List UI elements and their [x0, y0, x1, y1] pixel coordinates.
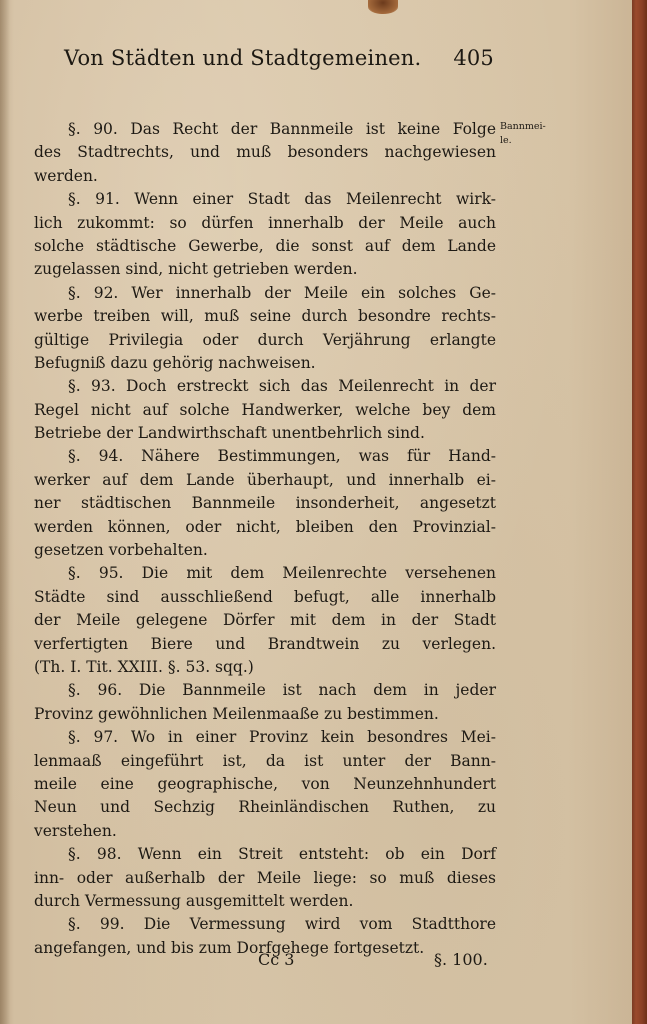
text-line: §. 94. Nähere Bestimmungen, was für Hand…	[34, 445, 496, 468]
text-line: lich zukommt: so dürfen innerhalb der Me…	[34, 212, 496, 235]
text-line: §. 95. Die mit dem Meilenrechte versehen…	[34, 562, 496, 585]
text-line: §. 98. Wenn ein Streit entsteht: ob ein …	[34, 843, 496, 866]
text-line: ner städtischen Bannmeile insonderheit, …	[34, 492, 496, 515]
text-line: (Th. I. Tit. XXIII. §. 53. sqq.)	[34, 656, 496, 679]
text-line: werden.	[34, 165, 496, 188]
text-line: §. 96. Die Bannmeile ist nach dem in jed…	[34, 679, 496, 702]
text-line: durch Vermessung ausgemittelt werden.	[34, 890, 496, 913]
header-title: Von Städten und Stadtgemeinen.	[64, 46, 421, 70]
catchword: §. 100.	[434, 950, 488, 969]
text-line: werker auf dem Lande überhaupt, und inne…	[34, 469, 496, 492]
text-line: §. 93. Doch erstreckt sich das Meilenrec…	[34, 375, 496, 398]
text-line: Regel nicht auf solche Handwerker, welch…	[34, 399, 496, 422]
margin-note-line: Bannmei-	[500, 120, 570, 134]
text-line: §. 90. Das Recht der Bannmeile ist keine…	[34, 118, 496, 141]
text-line: werbe treiben will, muß seine durch beso…	[34, 305, 496, 328]
text-line: Provinz gewöhnlichen Meilenmaaße zu best…	[34, 703, 496, 726]
text-line: werden können, oder nicht, bleiben den P…	[34, 516, 496, 539]
text-line: solche städtische Gewerbe, die sonst auf…	[34, 235, 496, 258]
book-page: Von Städten und Stadtgemeinen. 405 Bannm…	[0, 0, 632, 1024]
text-line: §. 97. Wo in einer Provinz kein besondre…	[34, 726, 496, 749]
body-text: §. 90. Das Recht der Bannmeile ist keine…	[34, 118, 496, 960]
running-header: Von Städten und Stadtgemeinen. 405	[64, 46, 494, 78]
text-line: gültige Privilegia oder durch Verjährung…	[34, 329, 496, 352]
text-line: verstehen.	[34, 820, 496, 843]
text-line: zugelassen sind, nicht getrieben werden.	[34, 258, 496, 281]
margin-note: Bannmei- le.	[500, 120, 570, 148]
text-line: Neun und Sechzig Rheinländischen Ruthen,…	[34, 796, 496, 819]
signature-mark: Cc 3	[258, 950, 294, 969]
text-line: Befugniß dazu gehörig nachweisen.	[34, 352, 496, 375]
text-line: lenmaaß eingeführt ist, da ist unter der…	[34, 750, 496, 773]
text-line: Betriebe der Landwirthschaft unentbehrli…	[34, 422, 496, 445]
text-line: verfertigten Biere und Brandtwein zu ver…	[34, 633, 496, 656]
ink-stain	[368, 0, 398, 14]
text-line: des Stadtrechts, und muß besonders nachg…	[34, 141, 496, 164]
text-line: gesetzen vorbehalten.	[34, 539, 496, 562]
book-spine-edge	[632, 0, 647, 1024]
gutter-shadow	[0, 0, 10, 1024]
text-line: inn- oder außerhalb der Meile liege: so …	[34, 867, 496, 890]
text-line: §. 99. Die Vermessung wird vom Stadtthor…	[34, 913, 496, 936]
text-line: §. 92. Wer innerhalb der Meile ein solch…	[34, 282, 496, 305]
text-line: der Meile gelegene Dörfer mit dem in der…	[34, 609, 496, 632]
text-line: Städte sind ausschließend befugt, alle i…	[34, 586, 496, 609]
page-number: 405	[453, 46, 494, 70]
text-line: §. 91. Wenn einer Stadt das Meilenrecht …	[34, 188, 496, 211]
margin-note-line: le.	[500, 134, 570, 148]
text-line: meile eine geographische, von Neunzehnhu…	[34, 773, 496, 796]
